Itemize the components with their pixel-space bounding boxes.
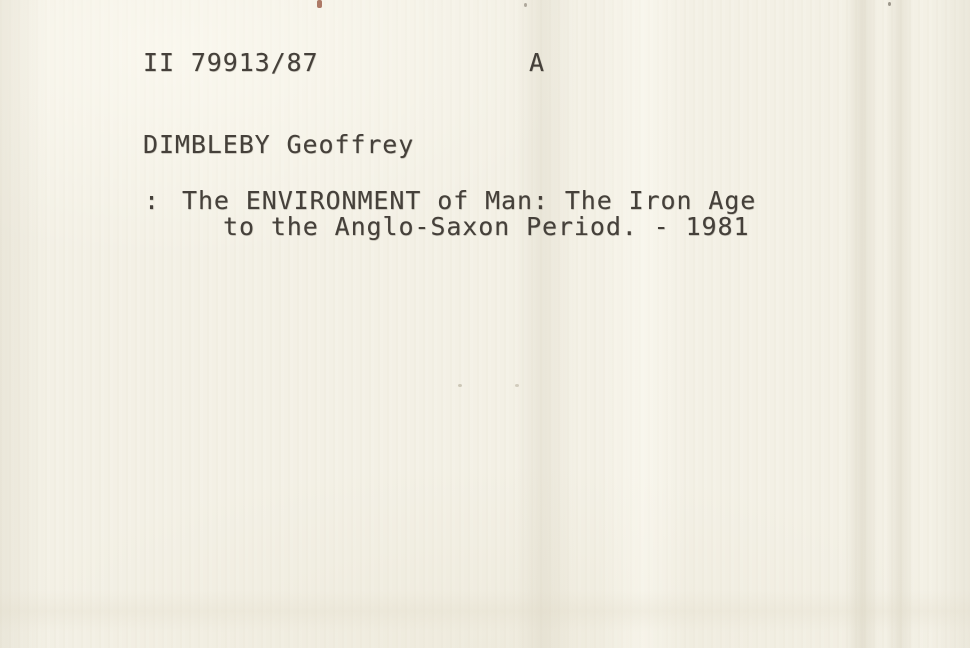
paper-stain-speck — [317, 0, 322, 8]
title-separator: : — [144, 188, 160, 213]
paper-dust-speck — [524, 3, 527, 7]
call-number: II 79913/87 — [143, 50, 318, 75]
paper-streak — [0, 0, 46, 648]
paper-shading-band — [0, 590, 970, 632]
title-line-2: to the Anglo-Saxon Period. - 1981 — [223, 214, 749, 239]
title-line-1: The ENVIRONMENT of Man: The Iron Age — [182, 188, 756, 213]
paper-streak — [930, 0, 970, 648]
author-line: DIMBLEBY Geoffrey — [143, 132, 414, 157]
paper-streak — [598, 0, 688, 648]
paper-dust-speck — [515, 384, 519, 387]
paper-dust-speck — [888, 2, 891, 6]
catalog-card: II 79913/87 A DIMBLEBY Geoffrey : The EN… — [0, 0, 970, 648]
paper-dust-speck — [458, 384, 462, 387]
paper-streak — [845, 0, 879, 648]
paper-streak — [886, 0, 914, 648]
heading-letter: A — [529, 50, 545, 75]
paper-streak — [515, 0, 575, 648]
